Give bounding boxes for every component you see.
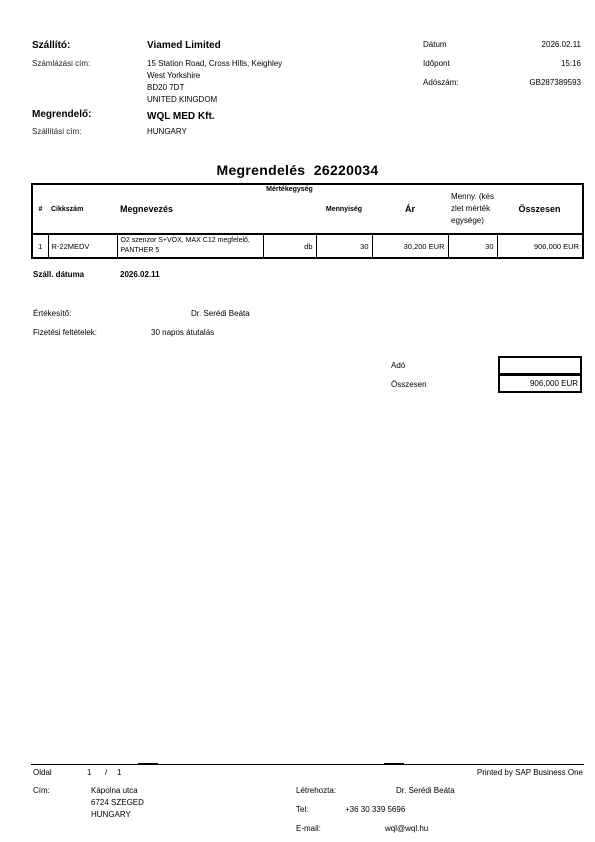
shipping-address: HUNGARY — [147, 127, 187, 136]
time-label: Időpont — [423, 59, 450, 68]
cell-item-code: R-22MEDV — [48, 234, 117, 258]
payment-terms-value: 30 napos átutalás — [151, 328, 214, 337]
table-header-row: # Cikkszám Megnevezés Mértékegység Menny… — [32, 184, 583, 234]
created-by-value: Dr. Serédi Beáta — [396, 786, 455, 795]
company-address-line-1: Kápolna utca — [91, 786, 138, 795]
page-label: Oldal — [33, 768, 52, 777]
tax-id-value: GB287389593 — [529, 78, 581, 87]
cell-num: 1 — [32, 234, 48, 258]
cell-stock-qty: 30 — [448, 234, 497, 258]
document-number: 26220034 — [314, 162, 379, 178]
footer-mark-left — [138, 763, 158, 765]
document-title-text: Megrendelés — [217, 162, 306, 178]
company-address-line-2: 6724 SZEGED — [91, 798, 144, 807]
total-value: 906,000 EUR — [498, 374, 582, 393]
page-separator: / — [105, 768, 107, 777]
time-value: 15:16 — [561, 59, 581, 68]
sales-rep-value: Dr. Serédi Beáta — [191, 309, 250, 318]
col-item-code: Cikkszám — [48, 184, 117, 234]
footer-divider — [31, 764, 584, 765]
email-label: E-mail: — [296, 824, 321, 833]
cell-quantity: 30 — [316, 234, 372, 258]
sales-rep-label: Értékesítő: — [33, 309, 71, 318]
cell-price: 30,200 EUR — [372, 234, 448, 258]
billing-address-label: Számlázási cím: — [32, 59, 90, 68]
printed-by: Printed by SAP Business One — [477, 768, 583, 777]
page-current: 1 — [87, 768, 91, 777]
buyer-name: WQL MED Kft. — [147, 111, 215, 122]
delivery-date-value: 2026.02.11 — [120, 270, 160, 279]
items-table: # Cikkszám Megnevezés Mértékegység Menny… — [31, 183, 584, 259]
cell-unit: db — [263, 234, 316, 258]
tel-value: +36 30 339 5696 — [345, 805, 405, 814]
date-value: 2026.02.11 — [542, 40, 581, 49]
supplier-address-line-4: UNITED KINGDOM — [147, 95, 217, 104]
payment-terms-label: Fizetési feltételek: — [33, 328, 97, 337]
col-num: # — [32, 184, 48, 234]
shipping-address-label: Szállítási cím: — [32, 127, 81, 136]
date-label: Dátum — [423, 40, 447, 49]
col-quantity: Mennyiség — [316, 184, 372, 234]
col-unit: Mértékegység — [263, 184, 316, 234]
email-link[interactable]: wql@wql.hu — [385, 824, 428, 833]
col-price: Ár — [372, 184, 448, 234]
total-label: Összesen — [391, 380, 427, 389]
cell-total: 906,000 EUR — [497, 234, 583, 258]
col-description: Megnevezés — [117, 184, 263, 234]
supplier-name: Viamed Limited — [147, 40, 221, 51]
document-title: Megrendelés 26220034 — [0, 162, 595, 178]
tel-label: Tel: — [296, 805, 308, 814]
col-stock-qty: Menny. (készlet mértékegysége) — [448, 184, 497, 234]
delivery-date-label: Száll. dátuma — [33, 270, 84, 279]
footer-mark-right — [384, 763, 404, 765]
col-total: Összesen — [497, 184, 583, 234]
company-address-line-3: HUNGARY — [91, 810, 131, 819]
table-row: 1 R-22MEDV O2 szenzor S+VOX, MAX C12 meg… — [32, 234, 583, 258]
tax-id-label: Adószám: — [423, 78, 459, 87]
page-total: 1 — [117, 768, 121, 777]
tax-value — [498, 356, 582, 375]
supplier-label: Szállító: — [32, 40, 70, 51]
supplier-address-line-2: West Yorkshire — [147, 71, 200, 80]
tax-label: Adó — [391, 361, 405, 370]
cell-description: O2 szenzor S+VOX, MAX C12 megfelelő, PAN… — [117, 234, 263, 258]
created-by-label: Létrehozta: — [296, 786, 336, 795]
buyer-label: Megrendelő: — [32, 109, 91, 120]
supplier-address-line-3: BD20 7DT — [147, 83, 184, 92]
supplier-address-line-1: 15 Station Road, Cross Hills, Keighley — [147, 59, 282, 68]
company-address-label: Cím: — [33, 786, 50, 795]
